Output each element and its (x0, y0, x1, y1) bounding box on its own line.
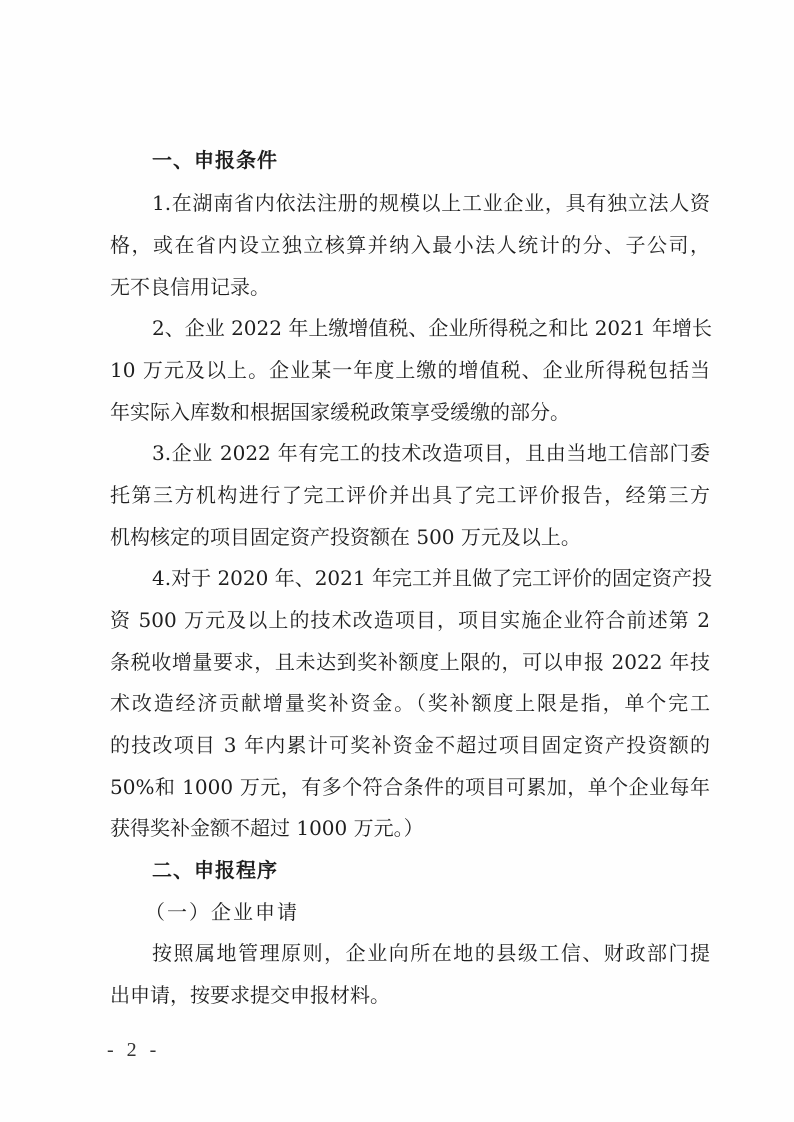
paragraph-line: 的技改项目 3 年内累计可奖补资金不超过项目固定资产投资额的 (110, 724, 710, 766)
paragraph-line: 格，或在省内设立独立核算并纳入最小法人统计的分、子公司， (110, 224, 710, 266)
paragraph-line: 无不良信用记录。 (110, 266, 710, 308)
document-page: 一、申报条件 1.在湖南省内依法注册的规模以上工业企业，具有独立法人资 格，或在… (0, 0, 794, 1122)
paragraph-line: 托第三方机构进行了完工评价并出具了完工评价报告，经第三方 (110, 474, 710, 516)
section-heading-application-conditions: 一、申报条件 (152, 139, 278, 181)
paragraph-line: 年实际入库数和根据国家缓税政策享受缓缴的部分。 (110, 391, 710, 433)
paragraph-line: 按照属地管理原则，企业向所在地的县级工信、财政部门提 (152, 932, 710, 974)
paragraph-line: 获得奖补金额不超过 1000 万元。） (110, 807, 710, 849)
page-number: - 2 - (107, 1036, 160, 1064)
subsection-heading-enterprise-application: （一）企业申请 (145, 891, 299, 933)
paragraph-line: 机构核定的项目固定资产投资额在 500 万元及以上。 (110, 516, 710, 558)
paragraph-line: 4.对于 2020 年、2021 年完工并且做了完工评价的固定资产投 (152, 557, 710, 599)
paragraph-line: 2、企业 2022 年上缴增值税、企业所得税之和比 2021 年增长 (152, 307, 710, 349)
paragraph-line: 1.在湖南省内依法注册的规模以上工业企业，具有独立法人资 (152, 182, 710, 224)
paragraph-line: 50%和 1000 万元，有多个符合条件的项目可累加，单个企业每年 (110, 766, 710, 808)
paragraph-line: 10 万元及以上。企业某一年度上缴的增值税、企业所得税包括当 (110, 349, 710, 391)
paragraph-line: 条税收增量要求，且未达到奖补额度上限的，可以申报 2022 年技 (110, 641, 710, 683)
paragraph-line: 资 500 万元及以上的技术改造项目，项目实施企业符合前述第 2 (110, 599, 710, 641)
paragraph-line: 术改造经济贡献增量奖补资金。（奖补额度上限是指，单个完工 (110, 682, 710, 724)
section-heading-application-procedure: 二、申报程序 (152, 849, 278, 891)
paragraph-line: 出申请，按要求提交申报材料。 (110, 974, 710, 1016)
paragraph-line: 3.企业 2022 年有完工的技术改造项目，且由当地工信部门委 (152, 432, 710, 474)
